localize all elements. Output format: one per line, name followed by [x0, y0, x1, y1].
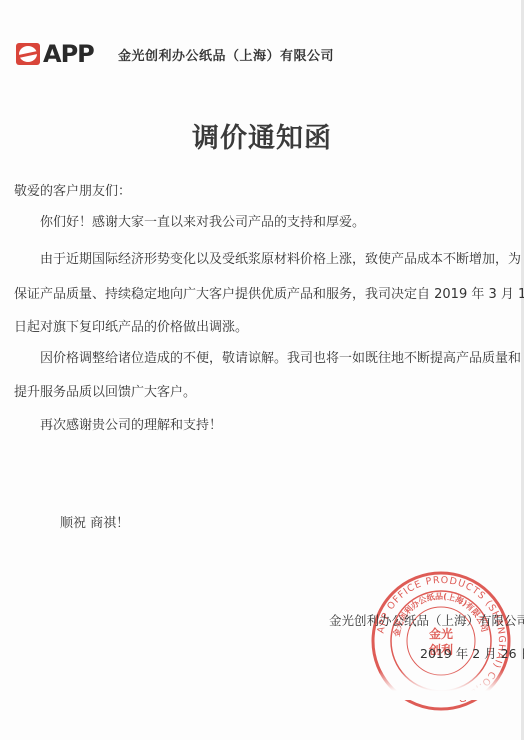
paragraph-reason-line3: 日起对旗下复印纸产品的价格做出调涨。	[14, 318, 248, 337]
app-logo: APP	[16, 42, 94, 66]
paragraph-apology-line1: 因价格调整给诸位造成的不便，敬请谅解。我司也将一如既往地不断提高产品质量和	[40, 349, 521, 368]
app-logo-icon	[16, 43, 40, 65]
letterhead-company-name: 金光创利办公纸品（上海）有限公司	[118, 45, 334, 64]
paragraph-reason-line2: 保证产品质量、持续稳定地向广大客户提供优质产品和服务，我司决定自 2019 年 …	[14, 285, 524, 304]
logo-text: APP	[43, 42, 94, 66]
faded-area	[380, 670, 510, 700]
salutation: 敬爱的客户朋友们：	[14, 182, 131, 201]
letterhead: APP	[16, 40, 94, 68]
document-title: 调价通知函	[0, 116, 524, 155]
paragraph-apology-line2: 提升服务品质以回馈广大客户。	[14, 383, 196, 402]
paragraph-reason-line1: 由于近期国际经济形势变化以及受纸浆原材料价格上涨，致使产品成本不断增加，为	[40, 250, 521, 269]
paragraph-greeting: 你们好！感谢大家一直以来对我公司产品的支持和厚爱。	[40, 213, 365, 232]
paragraph-thanks: 再次感谢贵公司的理解和支持！	[40, 416, 222, 435]
signature-date: 2019 年 2 月 26 日	[420, 644, 524, 662]
closing-remark: 顺祝 商祺！	[60, 514, 129, 533]
signature-company: 金光创利办公纸品（上海）有限公司	[329, 611, 524, 629]
